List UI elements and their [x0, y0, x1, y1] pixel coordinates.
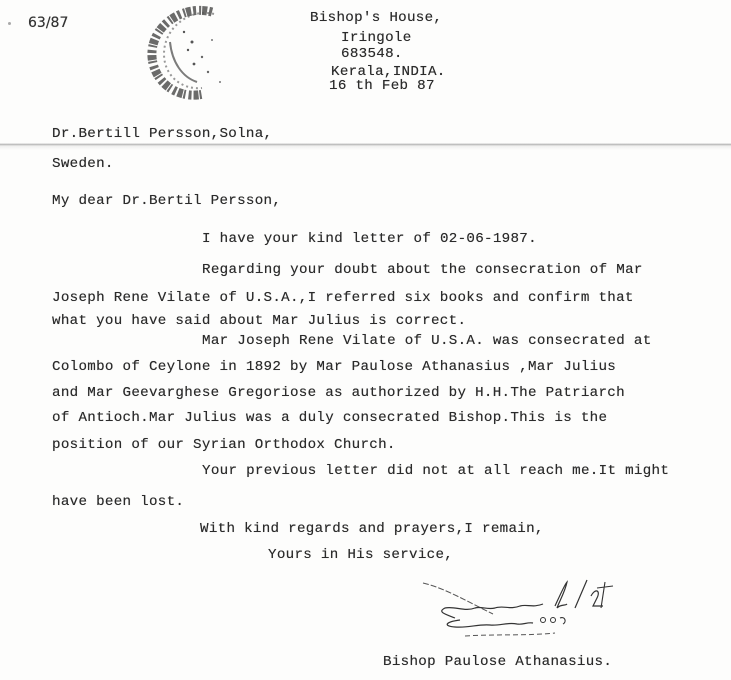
- body-line: Mar Joseph Rene Vilate of U.S.A. was con…: [202, 333, 652, 349]
- letterhead-line2: Iringole: [341, 30, 412, 46]
- seal-stamp-icon: [142, 2, 238, 102]
- body-line: Your previous letter did not at all reac…: [202, 463, 669, 479]
- body-line: I have your kind letter of 02-06-1987.: [202, 231, 537, 247]
- letter-date: 16 th Feb 87: [329, 78, 435, 94]
- letterhead-line3: 683548.: [341, 46, 403, 62]
- body-line: position of our Syrian Orthodox Church.: [52, 437, 396, 453]
- recipient-line1: Dr.Bertill Persson,Solna,: [52, 126, 272, 142]
- body-line: what you have said about Mar Julius is c…: [52, 313, 466, 329]
- body-line: of Antioch.Mar Julius was a duly consecr…: [52, 410, 607, 426]
- body-line: Regarding your doubt about the consecrat…: [202, 262, 643, 278]
- letter-page: 63/87 Bishop's House, Iringole 683548. K…: [0, 0, 731, 680]
- closing-line1: With kind regards and prayers,I remain,: [200, 521, 544, 537]
- reference-number: 63/87: [28, 15, 68, 31]
- body-line: Joseph Rene Vilate of U.S.A.,I referred …: [52, 290, 634, 306]
- letterhead-line1: Bishop's House,: [310, 10, 442, 26]
- body-line: and Mar Geevarghese Gregoriose as author…: [52, 385, 625, 401]
- closing-line2: Yours in His service,: [268, 547, 453, 563]
- margin-mark: [8, 22, 11, 25]
- salutation: My dear Dr.Bertil Persson,: [52, 193, 281, 209]
- signature-icon: [415, 578, 635, 648]
- body-line: have been lost.: [52, 494, 184, 510]
- body-line: Colombo of Ceylone in 1892 by Mar Paulos…: [52, 359, 616, 375]
- recipient-line2: Sweden.: [52, 156, 114, 172]
- signature-name: Bishop Paulose Athanasius.: [383, 654, 612, 670]
